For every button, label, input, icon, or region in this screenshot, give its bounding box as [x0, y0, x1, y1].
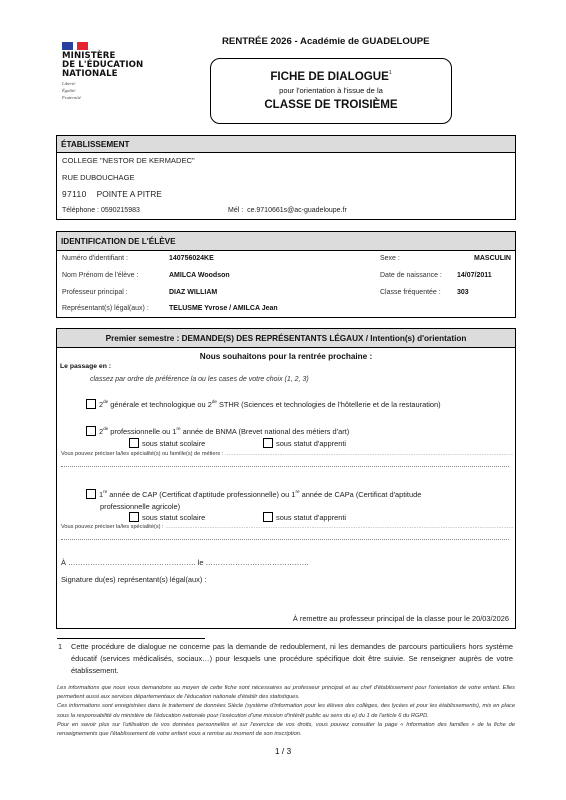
- privacy-notice: Les informations que nous vous demandons…: [57, 684, 515, 739]
- opt3-apprenti: sous statut d'apprenti: [263, 512, 346, 522]
- motto-egalite: Égalité: [62, 88, 162, 93]
- opt3-apprenti-label: sous statut d'apprenti: [276, 513, 346, 522]
- privacy-p2: Ces informations sont enregistrées dans …: [57, 702, 515, 720]
- classe-value: 303: [457, 285, 469, 302]
- name-label: Nom Prénom de l'élève :: [62, 268, 138, 285]
- footnote-number: 1: [58, 641, 62, 653]
- option-2de-pro: 2de professionnelle ou 1re année de BNMA…: [86, 426, 349, 436]
- opt3-scolaire: sous statut scolaire: [129, 512, 205, 522]
- opt3-precision[interactable]: Vous pouvez préciser la/les spécialité(s…: [61, 524, 513, 530]
- option-cap: 1re année de CAP (Certificat d'aptitude …: [86, 489, 421, 499]
- opt3-precision-line[interactable]: [61, 539, 509, 540]
- place-date-field[interactable]: À ……………………………………………. le ……………………………………: [61, 558, 309, 567]
- souhait-heading: Nous souhaitons pour la rentrée prochain…: [57, 352, 515, 361]
- motto-fraternite: Fraternité: [62, 95, 162, 100]
- checkbox-2de-gt[interactable]: [86, 399, 96, 409]
- opt2-apprenti: sous statut d'apprenti: [263, 438, 346, 448]
- email-block: Mél : ce.9710661s@ac-guadeloupe.fr: [228, 203, 347, 220]
- opt1-post: STHR (Sciences et technologies de l'hôte…: [217, 400, 441, 409]
- remettre-date: 20/03/2026: [472, 614, 509, 623]
- checkbox-opt2-scolaire[interactable]: [129, 438, 139, 448]
- remettre-line: À remettre au professeur principal de la…: [293, 614, 509, 623]
- email-label: Mél :: [228, 207, 243, 214]
- opt2-mid: professionnelle ou 1: [108, 427, 176, 436]
- opt2-precision[interactable]: Vous pouvez préciser la/les spécialité(s…: [61, 451, 513, 457]
- opt3-precision-label: Vous pouvez préciser la/les spécialité(s…: [61, 524, 164, 530]
- rep-row: Représentant(s) légal(aux) : TELUSME Yvr…: [57, 301, 515, 318]
- classe-label: Classe fréquentée :: [380, 285, 441, 302]
- document-title: FICHE DE DIALOGUE1: [211, 66, 451, 84]
- id-label: Numéro d'identifiant :: [62, 251, 128, 268]
- opt2-apprenti-label: sous statut d'apprenti: [276, 439, 346, 448]
- rentree-heading: RENTRÉE 2026 - Académie de GUADELOUPE: [222, 36, 430, 47]
- footnote-divider: [57, 638, 205, 639]
- school-street: RUE DUBOUCHAGE: [57, 170, 515, 187]
- contact-row: Téléphone : 0590215983 Mél : ce.9710661s…: [57, 203, 515, 220]
- opt3-scolaire-label: sous statut scolaire: [142, 513, 205, 522]
- instruction-text: classez par ordre de préférence la ou le…: [57, 376, 515, 383]
- opt2-scolaire: sous statut scolaire: [129, 438, 205, 448]
- passage-label: Le passage en :: [57, 363, 515, 370]
- email-value: ce.9710661s@ac-guadeloupe.fr: [247, 207, 347, 214]
- title-text: FICHE DE DIALOGUE: [270, 70, 389, 83]
- etablissement-section: ÉTABLISSEMENT COLLEGE "NESTOR DE KERMADE…: [56, 135, 516, 220]
- name-row: Nom Prénom de l'élève : AMILCA Woodson D…: [57, 268, 515, 285]
- phone-label: Téléphone :: [62, 207, 99, 214]
- eleve-heading: IDENTIFICATION DE L'ÉLÈVE: [57, 232, 515, 251]
- opt2-precision-line[interactable]: [61, 466, 509, 467]
- checkbox-opt2-apprenti[interactable]: [263, 438, 273, 448]
- demande-heading: Premier semestre : DEMANDE(S) DES REPRÉS…: [57, 329, 515, 348]
- rep-label: Représentant(s) légal(aux) :: [62, 301, 149, 318]
- opt2-precision-label: Vous pouvez préciser la/les spécialité(s…: [61, 451, 223, 457]
- school-city-row: 97110POINTE A PITRE: [57, 186, 515, 203]
- etablissement-heading: ÉTABLISSEMENT: [57, 136, 515, 153]
- rep-value: TELUSME Yvrose / AMILCA Jean: [169, 301, 278, 318]
- phone-value: 0590215983: [101, 207, 140, 214]
- checkbox-opt3-scolaire[interactable]: [129, 512, 139, 522]
- prof-row: Professeur principal : DIAZ WILLIAM Clas…: [57, 285, 515, 302]
- postal-code: 97110: [62, 189, 87, 199]
- privacy-p1: Les informations que nous vous demandons…: [57, 684, 515, 702]
- ministry-logo: MINISTÈRE DE L'ÉDUCATION NATIONALE Liber…: [62, 42, 162, 101]
- id-row: Numéro d'identifiant : 140756024KE Sexe …: [57, 251, 515, 268]
- opt2-post: année de BNMA (Brevet national des métie…: [181, 427, 350, 436]
- checkbox-2de-pro[interactable]: [86, 426, 96, 436]
- prof-value: DIAZ WILLIAM: [169, 285, 217, 302]
- opt2-scolaire-label: sous statut scolaire: [142, 439, 205, 448]
- french-flag-icon: [62, 42, 88, 50]
- footnote: 1 Cette procédure de dialogue ne concern…: [57, 641, 513, 677]
- name-value: AMILCA Woodson: [169, 268, 230, 285]
- page-indicator: 1 / 3: [0, 746, 566, 756]
- checkbox-cap[interactable]: [86, 489, 96, 499]
- demande-section: Premier semestre : DEMANDE(S) DES REPRÉS…: [56, 328, 516, 629]
- birth-value: 14/07/2011: [457, 268, 492, 285]
- prof-label: Professeur principal :: [62, 285, 128, 302]
- motto-liberte: Liberté: [62, 81, 162, 86]
- ministry-name-line-3: NATIONALE: [62, 70, 162, 79]
- sexe-value: MASCULIN: [474, 251, 511, 268]
- document-subtitle: pour l'orientation à l'issue de la: [211, 86, 451, 96]
- checkbox-opt3-apprenti[interactable]: [263, 512, 273, 522]
- signature-label: Signature du(es) représentant(s) légal(a…: [61, 575, 206, 584]
- title-box: FICHE DE DIALOGUE1 pour l'orientation à …: [210, 58, 452, 124]
- option-cap-line2: professionnelle agricole): [100, 502, 180, 511]
- sexe-label: Sexe :: [380, 251, 400, 268]
- opt1-mid: générale et technologique ou 2: [108, 400, 212, 409]
- eleve-section: IDENTIFICATION DE L'ÉLÈVE Numéro d'ident…: [56, 231, 516, 318]
- remettre-text: À remettre au professeur principal de la…: [293, 614, 470, 623]
- footnote-ref: 1: [389, 70, 392, 76]
- opt3-mid: année de CAP (Certificat d'aptitude prof…: [107, 490, 295, 499]
- footnote-text: Cette procédure de dialogue ne concerne …: [57, 641, 513, 677]
- id-value: 140756024KE: [169, 251, 214, 268]
- school-name: COLLEGE "NESTOR DE KERMADEC": [57, 153, 515, 170]
- class-title: CLASSE DE TROISIÈME: [211, 96, 451, 113]
- city: POINTE A PITRE: [97, 189, 162, 199]
- birth-label: Date de naissance :: [380, 268, 442, 285]
- opt3-post: année de CAPa (Certificat d'aptitude: [300, 490, 422, 499]
- option-2de-gt: 2de générale et technologique ou 2de STH…: [86, 399, 441, 409]
- privacy-p3: Pour en savoir plus sur l'utilisation de…: [57, 721, 515, 739]
